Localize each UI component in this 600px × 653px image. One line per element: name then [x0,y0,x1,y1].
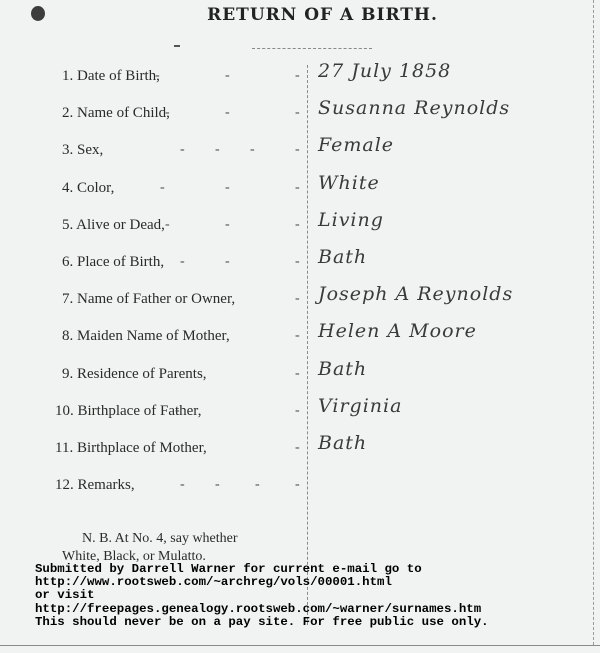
leader-dot: - [225,105,230,121]
leader-dot: - [165,105,170,121]
leader-dot: - [295,440,300,456]
field-label: 5. Alive or Dead, [62,217,165,234]
leader-dot: - [295,68,300,84]
field-row: 10. Birthplace of Father,--Virginia [0,403,600,433]
leader-dot: - [175,403,180,419]
field-value: 27 July 1858 [318,60,451,82]
leader-dot: - [295,105,300,121]
field-row: 6. Place of Birth,---Bath [0,254,600,284]
leader-dot: - [155,68,160,84]
leader-dot: - [295,180,300,196]
field-value: White [318,172,380,194]
overlay-line-3: or visit [35,588,95,602]
field-row: 4. Color,---White [0,180,600,210]
field-row: 5. Alive or Dead,---Living [0,217,600,247]
leader-dot: - [180,477,185,493]
leader-dot: - [295,403,300,419]
field-label: 11. Birthplace of Mother, [55,440,207,457]
note: N. B. At No. 4, say whether White, Black… [62,530,238,566]
field-label: 6. Place of Birth, [62,254,164,271]
field-value: Bath [318,246,367,268]
birth-return-document: RETURN OF A BIRTH. 1. Date of Birth,---2… [0,0,600,653]
leader-dot: - [225,217,230,233]
field-label: 1. Date of Birth, [62,68,160,85]
leader-dot: - [165,217,170,233]
leader-dot: - [215,142,220,158]
leader-dot: - [295,291,300,307]
leader-dot: - [295,217,300,233]
field-label: 8. Maiden Name of Mother, [62,328,230,345]
field-value: Bath [318,358,367,380]
field-row: 11. Birthplace of Mother,-Bath [0,440,600,470]
leader-dot: - [180,142,185,158]
leader-dot: - [295,328,300,344]
punch-hole [31,6,45,21]
field-value: Female [318,134,394,156]
field-label: 3. Sex, [62,142,103,159]
field-label: 7. Name of Father or Owner, [62,291,235,308]
leader-dot: - [215,477,220,493]
field-value: Virginia [318,395,402,417]
field-row: 9. Residence of Parents,-Bath [0,366,600,396]
leader-dot: - [255,477,260,493]
leader-dot: - [295,142,300,158]
leader-dot: - [225,68,230,84]
field-row: 1. Date of Birth,---27 July 1858 [0,68,600,98]
leader-dot: - [295,366,300,382]
title-tick-mark [174,45,180,47]
leader-dot: - [250,142,255,158]
field-row: 7. Name of Father or Owner,-Joseph A Rey… [0,291,600,321]
field-value: Living [318,209,384,231]
header-rule [252,48,372,49]
field-row: 2. Name of Child,---Susanna Reynolds [0,105,600,135]
field-value: Joseph A Reynolds [318,283,513,305]
archive-link[interactable]: http://www.rootsweb.com/~archreg/vols/00… [35,575,392,589]
field-value: Bath [318,432,367,454]
field-label: 12. Remarks, [55,477,135,494]
leader-dot: - [225,180,230,196]
bottom-border [0,645,600,646]
note-line-1: N. B. At No. 4, say whether [62,530,238,548]
overlay-line-5: This should never be on a pay site. For … [35,615,489,629]
field-label: 9. Residence of Parents, [62,366,207,383]
leader-dot: - [180,254,185,270]
leader-dot: - [160,180,165,196]
field-row: 8. Maiden Name of Mother,-Helen A Moore [0,328,600,358]
field-row: 12. Remarks,---- [0,477,600,507]
overlay-line-1: Submitted by Darrell Warner for current … [35,562,422,576]
surnames-link[interactable]: http://freepages.genealogy.rootsweb.com/… [35,602,481,616]
field-value: Helen A Moore [318,320,477,342]
document-title: RETURN OF A BIRTH. [170,5,475,25]
field-value: Susanna Reynolds [318,97,510,119]
field-label: 2. Name of Child, [62,105,170,122]
leader-dot: - [295,477,300,493]
field-row: 3. Sex,----Female [0,142,600,172]
submission-overlay: Submitted by Darrell Warner for current … [35,563,489,629]
leader-dot: - [295,254,300,270]
field-label: 4. Color, [62,180,114,197]
leader-dot: - [225,254,230,270]
